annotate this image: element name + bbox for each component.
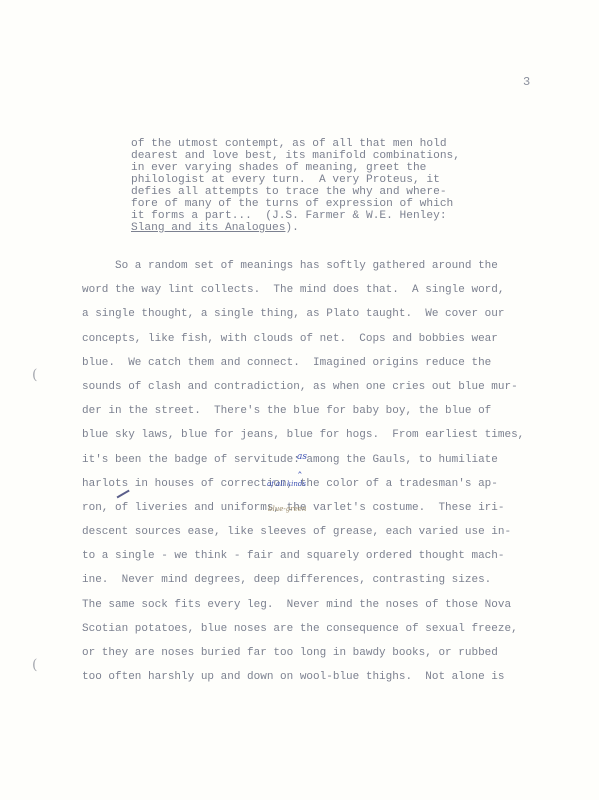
quote-line: of the utmost contempt, as of all that m…: [131, 138, 460, 150]
quote-line: philologist at every turn. A very Proteu…: [131, 174, 460, 186]
body-line: word the way lint collects. The mind doe…: [82, 278, 524, 302]
document-page: 3 of the utmost contempt, as of all that…: [0, 0, 599, 800]
body-line: Scotian potatoes, blue noses are the con…: [82, 617, 524, 641]
body-line: too often harshly up and down on wool-bl…: [82, 665, 524, 689]
body-line: to a single - we think - fair and square…: [82, 544, 524, 568]
quote-line: in ever varying shades of meaning, greet…: [131, 162, 460, 174]
block-quote: of the utmost contempt, as of all that m…: [131, 138, 460, 234]
citation-end: ).: [285, 222, 298, 234]
caret-mark: ‸: [298, 461, 302, 474]
body-line: concepts, like fish, with clouds of net.…: [82, 327, 524, 351]
quote-line: it forms a part... (J.S. Farmer & W.E. H…: [131, 210, 460, 222]
page-number: 3: [523, 75, 530, 89]
body-line: blue. We catch them and connect. Imagine…: [82, 351, 524, 375]
handwritten-of-all-kinds: of all kinds: [267, 480, 306, 488]
margin-bracket-mark: (: [32, 367, 37, 383]
body-line: ine. Never mind degrees, deep difference…: [82, 568, 524, 592]
body-line: descent sources ease, like sleeves of gr…: [82, 520, 524, 544]
quote-line: fore of many of the turns of expression …: [131, 198, 460, 210]
body-paragraph: So a random set of meanings has softly g…: [82, 254, 524, 689]
body-line: So a random set of meanings has softly g…: [82, 254, 524, 278]
body-line: a single thought, a single thing, as Pla…: [82, 302, 524, 326]
handwritten-blue-green: blue-green: [268, 505, 306, 513]
body-line: sounds of clash and contradiction, as wh…: [82, 375, 524, 399]
body-line: The same sock fits every leg. Never mind…: [82, 593, 524, 617]
body-line: der in the street. There's the blue for …: [82, 399, 524, 423]
body-line: blue sky laws, blue for jeans, blue for …: [82, 423, 524, 447]
quote-line: defies all attempts to trace the why and…: [131, 186, 460, 198]
quote-line: dearest and love best, its manifold comb…: [131, 150, 460, 162]
quote-citation-line: Slang and its Analogues).: [131, 222, 460, 234]
body-line: or they are noses buried far too long in…: [82, 641, 524, 665]
margin-bracket-mark: (: [32, 657, 37, 673]
citation-title: Slang and its Analogues: [131, 222, 285, 234]
